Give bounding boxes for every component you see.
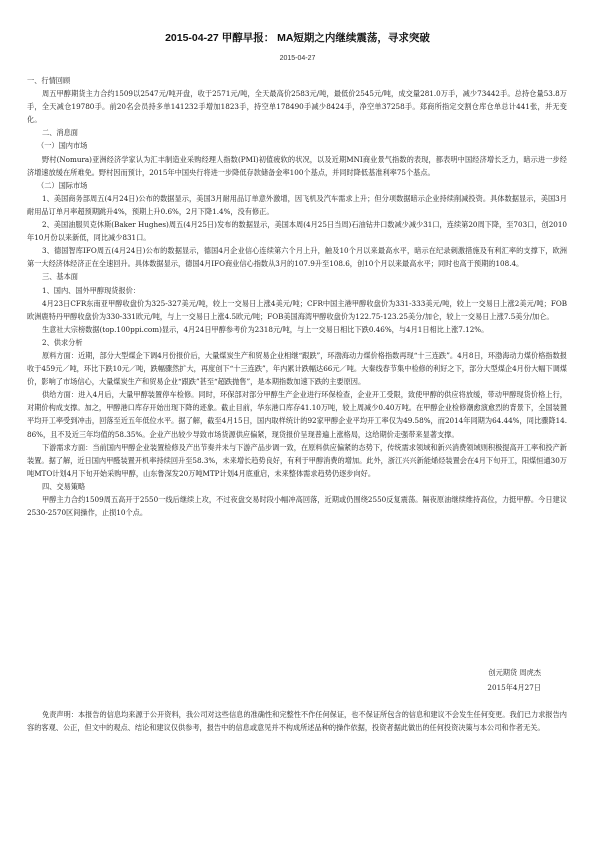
section-heading-fundamentals: 三、基本面 xyxy=(27,270,567,283)
paragraph-downstream-demand: 下游需求方面：当前国内甲醇企业装置检修及产出节奏并未与下游产品步调一致，在原料供… xyxy=(27,441,567,480)
subheading-supply-demand: 2、供求分析 xyxy=(27,336,567,349)
section-heading-strategy: 四、交易策略 xyxy=(27,480,567,493)
paragraph-ifo: 3、德国智库IFO周五(4月24日)公布的数据显示，德国4月企业信心连续第六个月… xyxy=(27,244,567,270)
paragraph-market-review: 周五甲醇期货主力合约1509以2547元/吨开盘，收于2571元/吨，全天最高价… xyxy=(27,87,567,126)
disclaimer: 免责声明：本报告的信息均来源于公开资料，我公司对这些信息的准确性和完整性不作任何… xyxy=(27,708,567,734)
section-heading-news: 二、消息面 xyxy=(27,126,567,139)
paragraph-100ppi: 生意社大宗榜数据(top.100ppi.com)显示，4月24日甲醇参考价为23… xyxy=(27,323,567,336)
paragraph-strategy: 甲醇主力合约1509周五高开于2550一线后继续上攻，不过夜盘交易时段小幅冲高回… xyxy=(27,493,567,519)
document-body: 一、行情回顾 周五甲醇期货主力合约1509以2547元/吨开盘，收于2571元/… xyxy=(27,74,567,519)
signature-author: 创元期货 周虎杰 xyxy=(0,668,541,678)
document-date: 2015-04-27 xyxy=(0,55,595,62)
subheading-domestic-market: （一）国内市场 xyxy=(27,139,567,152)
paragraph-supply: 供给方面：进入4月后，大量甲醇装置停车检修。同时，环保部对部分甲醇生产企业进行环… xyxy=(27,388,567,440)
paragraph-raw-materials: 原料方面：近期，部分大型煤企下调4月份报价后，大量煤炭生产和贸易企业相继“跟跌”… xyxy=(27,349,567,388)
section-heading-market-review: 一、行情回顾 xyxy=(27,74,567,87)
paragraph-baker-hughes: 2、美国油服贝克休斯(Baker Hughes)周五(4月25日)发布的数据显示… xyxy=(27,218,567,244)
paragraph-spot-prices: 4月23日CFR东南亚甲醇收盘价为325-327美元/吨，较上一交易日上涨4美元… xyxy=(27,297,567,323)
paragraph-us-durable-goods: 1、美国商务部周五(4月24日)公布的数据显示，美国3月耐用品订单意外激增，因飞… xyxy=(27,192,567,218)
subheading-spot-prices: 1、国内、国外甲醇现货报价： xyxy=(27,284,567,297)
document-title: 2015-04-27 甲醇早报： MA短期之内继续震荡，寻求突破 xyxy=(0,30,595,45)
signature-date: 2015年4月27日 xyxy=(0,683,541,693)
subheading-international-market: （二）国际市场 xyxy=(27,179,567,192)
paragraph-domestic-market: 野村(Nomura)亚洲经济学家认为汇丰制造业采购经理人指数(PMI)初值疲软的… xyxy=(27,153,567,179)
